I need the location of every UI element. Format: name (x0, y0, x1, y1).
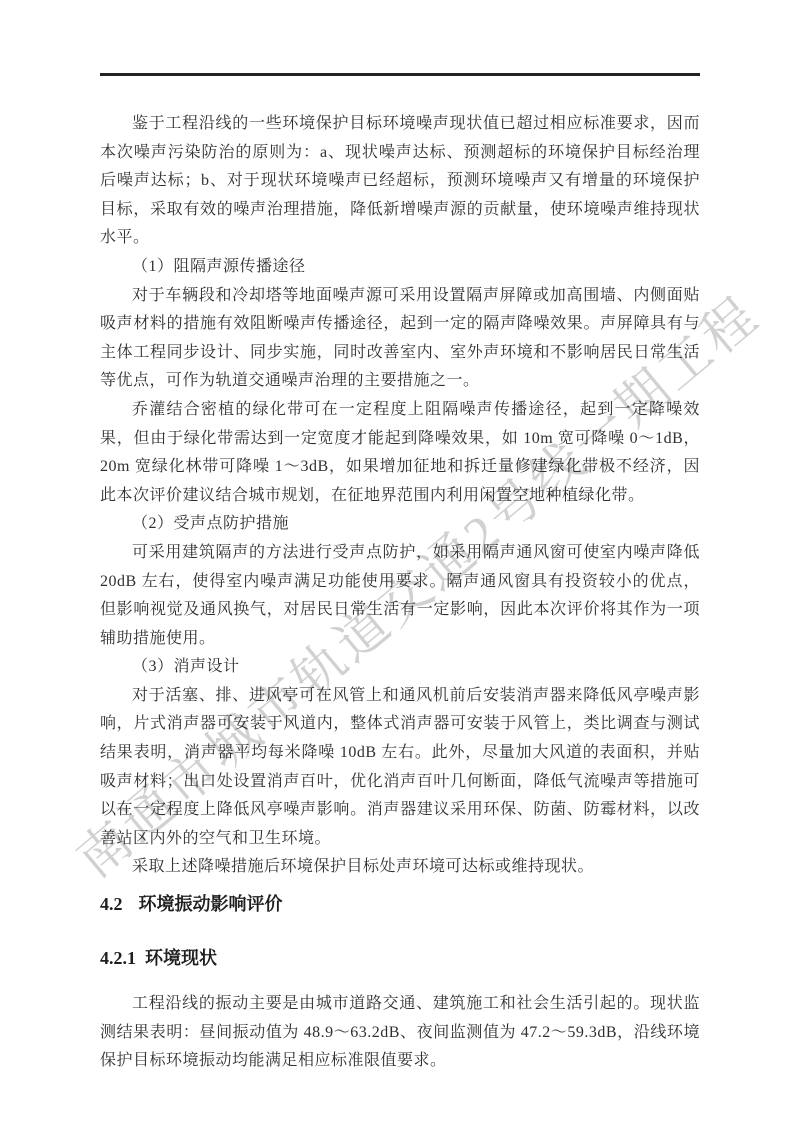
paragraph-sound-barrier: 对于车辆段和冷却塔等地面噪声源可采用设置隔声屏障或加高围墙、内侧面贴吸声材料的措… (100, 282, 700, 396)
paragraph-muffler-details: 对于活塞、排、进风亭可在风管上和通风机前后安装消声器来降低风亭噪声影响，片式消声… (100, 682, 700, 854)
section-heading-4-2-1: 4.2.1环境现状 (100, 943, 700, 973)
document-page: 南通市城市轨道交通2号线一期工程 鉴于工程沿线的一些环境保护目标环境噪声现状值已… (0, 0, 800, 1131)
section-title-4-2: 环境振动影响评价 (139, 894, 283, 914)
section-heading-4-2: 4.2环境振动影响评价 (100, 889, 700, 919)
list-item-2-receiver-protection: （2）受声点防护措施 (100, 510, 700, 539)
paragraph-noise-control-principles: 鉴于工程沿线的一些环境保护目标环境噪声现状值已超过相应标准要求，因而本次噪声污染… (100, 110, 700, 253)
paragraph-green-belt: 乔灌结合密植的绿化带可在一定程度上阻隔噪声传播途径，起到一定降噪效果，但由于绿化… (100, 396, 700, 510)
page-content: 鉴于工程沿线的一些环境保护目标环境噪声现状值已超过相应标准要求，因而本次噪声污染… (100, 73, 700, 1076)
section-title-4-2-1: 环境现状 (145, 948, 217, 968)
section-number-4-2: 4.2 (100, 889, 123, 919)
list-item-1-block-noise-transmission: （1）阻隔声源传播途径 (100, 253, 700, 282)
header-rule (100, 73, 700, 76)
paragraph-building-insulation: 可采用建筑隔声的方法进行受声点防护，如采用隔声通风窗可使室内噪声降低 20dB … (100, 539, 700, 653)
paragraph-vibration-status: 工程沿线的振动主要是由城市道路交通、建筑施工和社会生活引起的。现状监测结果表明：… (100, 990, 700, 1076)
list-item-3-muffler-design: （3）消声设计 (100, 653, 700, 682)
paragraph-measures-conclusion: 采取上述降噪措施后环境保护目标处声环境可达标或维持现状。 (100, 853, 700, 882)
section-number-4-2-1: 4.2.1 (100, 943, 136, 973)
